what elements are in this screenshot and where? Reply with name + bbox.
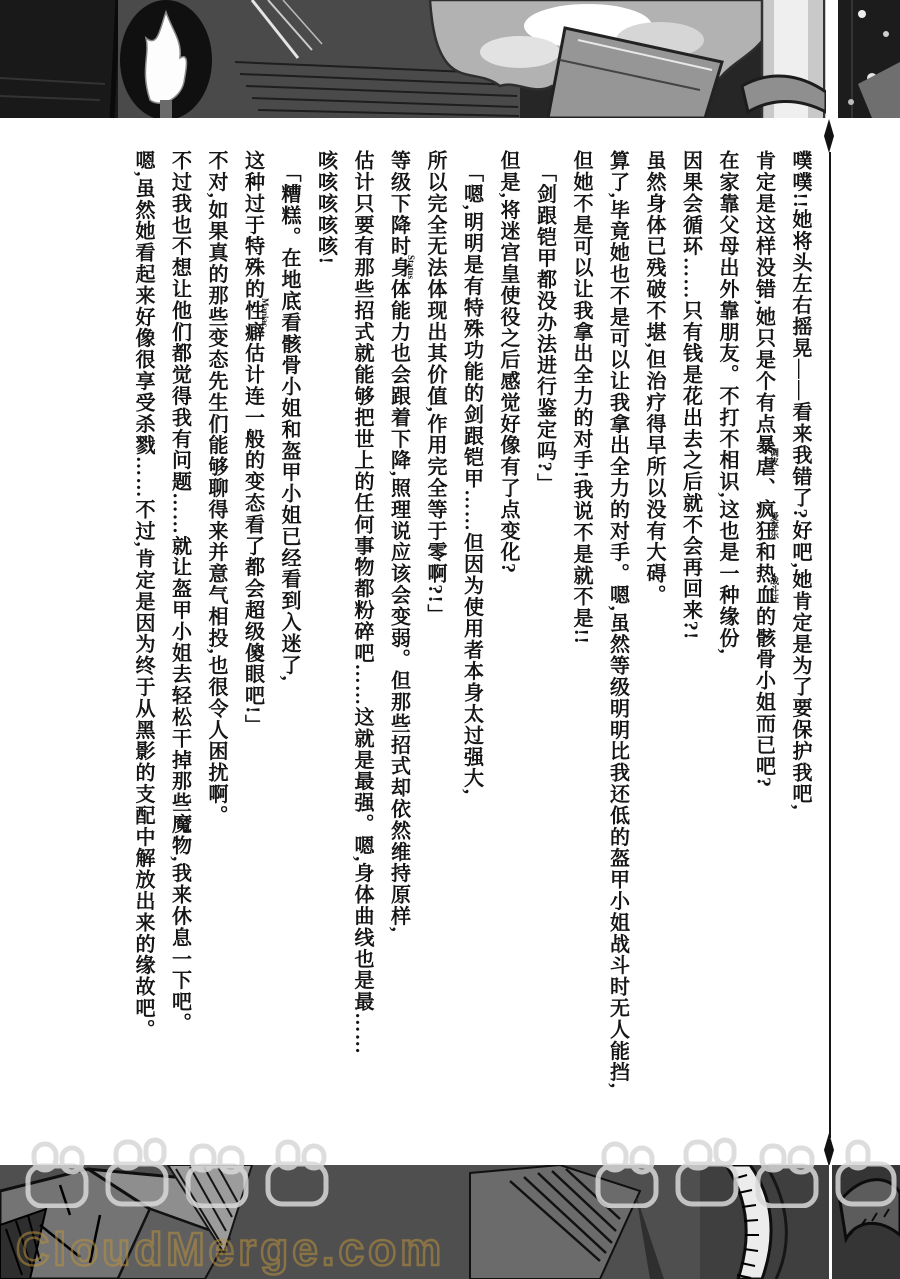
text-column: 噗噗!!她将头左右摇晃——看来我错了?好吧,她肯定是为了要保护我吧, bbox=[782, 150, 819, 1155]
bottom-artwork bbox=[0, 1165, 900, 1279]
ruby-annotation: 爱享乐 bbox=[769, 512, 779, 539]
text-column: 所以完全无法体现出其价值,作用完全等于零啊?!」 bbox=[417, 150, 454, 1155]
novel-text-block: 噗噗!!她将头左右摇晃——看来我错了?好吧,她肯定是为了要保护我吧, 肯定是这样… bbox=[125, 150, 819, 1155]
ruby-annotation: Status bbox=[406, 255, 416, 279]
diamond-bottom-ornament bbox=[824, 1133, 834, 1167]
text-column: 「糟糕。在地底看骸骨小姐和盔甲小姐已经看到入迷了, bbox=[271, 150, 308, 1155]
text-column: 算了,毕竟她也不是可以让我拿出全力的对手。嗯,虽然等级明明比我还低的盔甲小姐战斗… bbox=[599, 150, 636, 1155]
text-column: 等级下降时身体能力也会跟着下降,照理说应该会变弱。但那些招式却依然维持原样, bbox=[380, 150, 417, 1155]
text-column: 虽然身体已残破不堪,但治疗得早所以没有大碍。 bbox=[636, 150, 673, 1155]
text-column: 但是,将迷宫皇使役之后感觉好像有了点变化? bbox=[490, 150, 527, 1155]
ruby-annotation: 调皮 bbox=[769, 448, 779, 466]
diamond-top-ornament bbox=[824, 119, 834, 153]
ruby-annotation: 战斗狂 bbox=[769, 576, 779, 603]
text-column: 「剑跟铠甲都没办法进行鉴定吗?」 bbox=[526, 150, 563, 1155]
text-column: 肯定是这样没错,她只是个有点暴虐、疯狂和热血的骸骨小姐而已吧? bbox=[745, 150, 782, 1155]
ruby-annotation: Maniac bbox=[260, 298, 270, 327]
text-column: 因果会循环……只有钱是花出去之后就不会再回来?! bbox=[672, 150, 709, 1155]
text-column: 估计只要有那些招式就能够把世上的任何事物都粉碎吧……这就是最强。嗯,身体曲线也是… bbox=[344, 150, 381, 1155]
text-column: 嗯,虽然她看起来好像很享受杀戮……不过,肯定是因为终于从黑影的支配中解放出来的缘… bbox=[125, 150, 162, 1155]
top-artwork bbox=[0, 0, 900, 118]
book-page: 噗噗!!她将头左右摇晃——看来我错了?好吧,她肯定是为了要保护我吧, 肯定是这样… bbox=[0, 0, 900, 1279]
text-column: 但她不是可以让我拿出全力的对手!我说不是就不是!! bbox=[563, 150, 600, 1155]
text-column: 「嗯,明明是有特殊功能的剑跟铠甲……但因为使用者本身太过强大, bbox=[453, 150, 490, 1155]
text-column: 不过我也不想让他们都觉得我有问题……就让盔甲小姐去轻松干掉那些魔物,我来休息一下… bbox=[161, 150, 198, 1155]
column-rule bbox=[829, 152, 831, 1138]
text-column: 咳咳咳咳咳! bbox=[307, 150, 344, 1155]
text-column: 在家靠父母出外靠朋友。不打不相识,这也是一种缘份, bbox=[709, 150, 746, 1155]
text-column: 不对,如果真的那些变态先生们能够聊得来并意气相投,也很令人困扰啊。 bbox=[198, 150, 235, 1155]
